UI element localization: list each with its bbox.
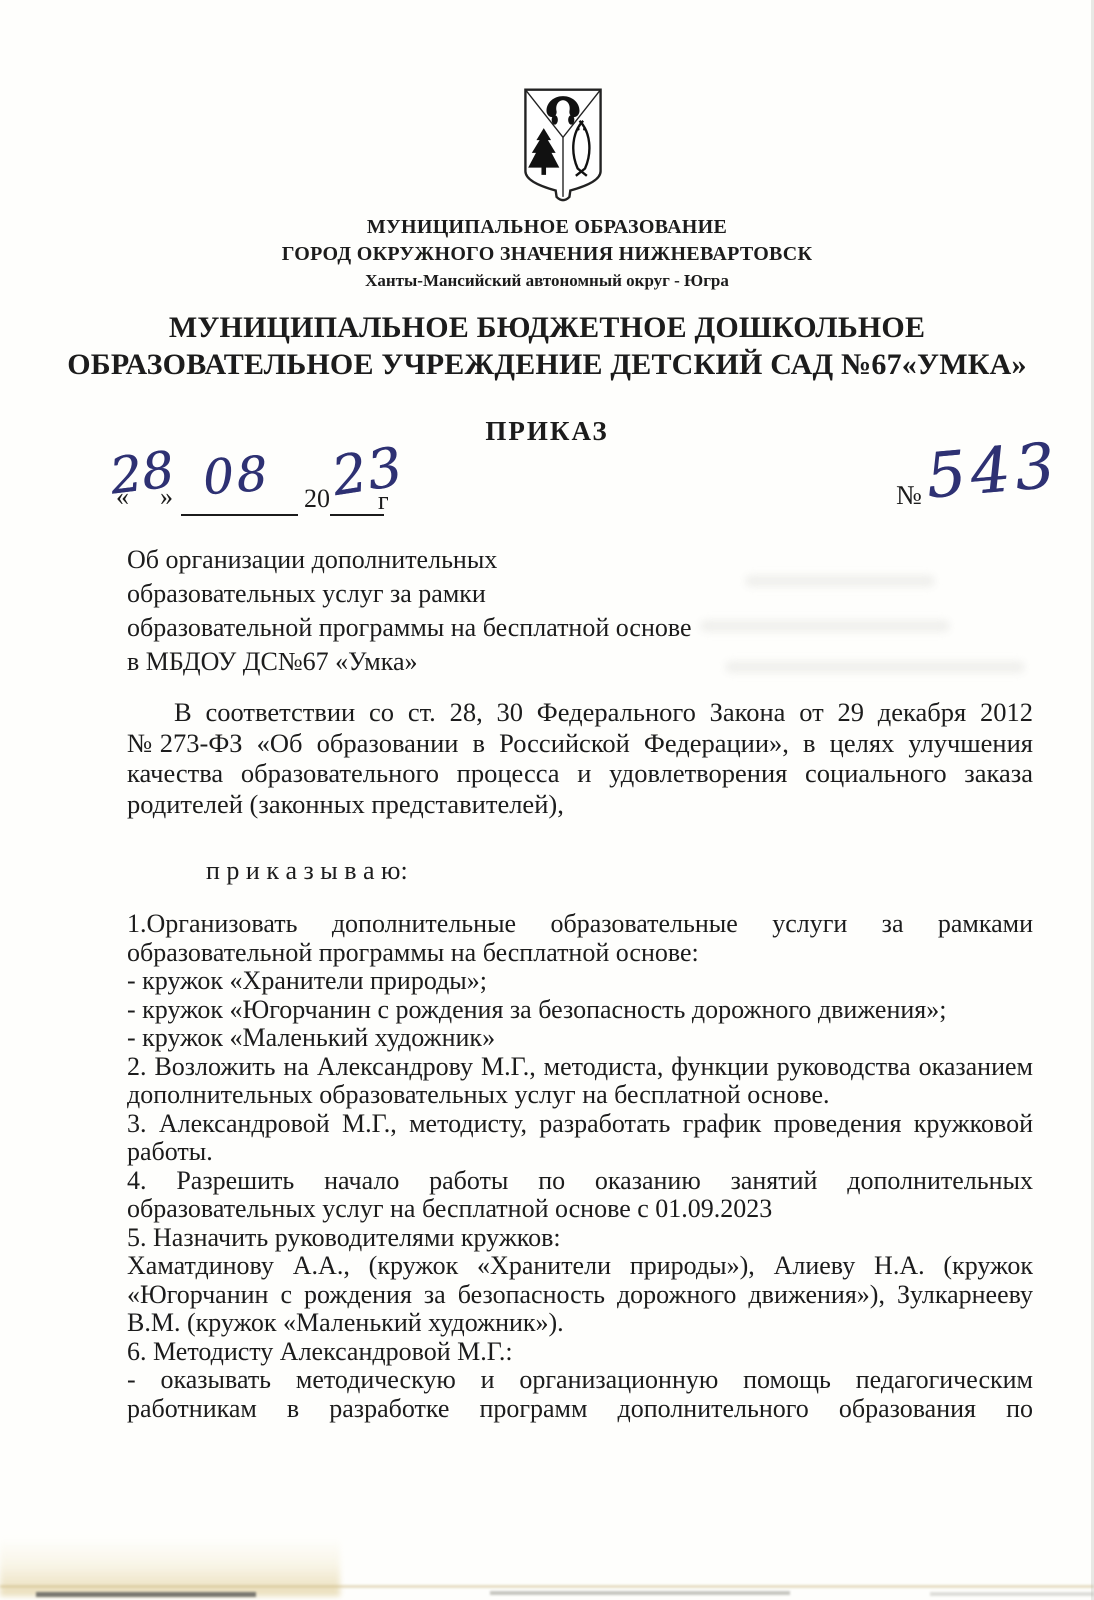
organization-name: МУНИЦИПАЛЬНОЕ БЮДЖЕТНОЕ ДОШКОЛЬНОЕ ОБРАЗ…: [0, 309, 1094, 383]
scan-edge-line: [0, 1585, 1094, 1588]
subject-line: Об организации дополнительных: [127, 543, 692, 577]
organization-name-line1: МУНИЦИПАЛЬНОЕ БЮДЖЕТНОЕ ДОШКОЛЬНОЕ: [0, 309, 1094, 346]
region-line: Ханты-Мансийский автономный округ - Югра: [0, 268, 1094, 294]
coat-of-arms-icon: [517, 86, 609, 207]
bleedthrough-smudge: [745, 575, 935, 587]
decree-word: п р и к а з ы в а ю:: [206, 856, 408, 886]
order-paragraph: 4. Разрешить начало работы по оказанию з…: [127, 1167, 1033, 1224]
date-number-row: « 28 » 08 20 23 г № 543: [0, 450, 1094, 545]
scan-shadow-segment: [490, 1591, 790, 1595]
subject-line: образовательных услуг за рамки: [127, 577, 692, 611]
handwritten-year: 23: [328, 435, 408, 508]
letterhead: МУНИЦИПАЛЬНОЕ ОБРАЗОВАНИЕ ГОРОД ОКРУЖНОГ…: [0, 214, 1094, 294]
subject-line: образовательной программы на бесплатной …: [127, 611, 692, 645]
municipality-line: МУНИЦИПАЛЬНОЕ ОБРАЗОВАНИЕ: [0, 214, 1094, 241]
scanned-order-document: МУНИЦИПАЛЬНОЕ ОБРАЗОВАНИЕ ГОРОД ОКРУЖНОГ…: [0, 0, 1094, 1600]
order-paragraph: Хаматдинову А.А., (кружок «Хранители при…: [127, 1252, 1033, 1338]
year-prefix: 20: [304, 484, 330, 514]
year-underline: [330, 514, 384, 516]
handwritten-month: 08: [201, 446, 272, 507]
order-subject: Об организации дополнительных образовате…: [127, 543, 692, 679]
close-quote: »: [160, 482, 173, 512]
organization-name-line2: ОБРАЗОВАТЕЛЬНОЕ УЧРЕЖДЕНИЕ ДЕТСКИЙ САД №…: [0, 346, 1094, 383]
order-paragraph: - кружок «Маленький художник»: [127, 1024, 1033, 1053]
year-letter: г: [378, 486, 389, 516]
order-paragraph: - оказывать методическую и организационн…: [127, 1366, 1033, 1423]
order-paragraph: 5. Назначить руководителями кружков:: [127, 1224, 1033, 1253]
order-preamble: В соответствии со ст. 28, 30 Федеральног…: [127, 697, 1033, 819]
order-body: 1.Организовать дополнительные образовате…: [127, 910, 1033, 1423]
number-sign: №: [896, 480, 922, 511]
order-paragraph: - кружок «Хранители природы»;: [127, 967, 1033, 996]
order-paragraph: - кружок «Югорчанин с рождения за безопа…: [127, 996, 1033, 1025]
order-paragraph: 6. Методисту Александровой М.Г.:: [127, 1338, 1033, 1367]
handwritten-order-number: 543: [923, 428, 1062, 512]
subject-line: в МБДОУ ДС№67 «Умка»: [127, 645, 692, 679]
order-paragraph: 1.Организовать дополнительные образовате…: [127, 910, 1033, 967]
scan-shadow-segment: [36, 1592, 256, 1597]
bleedthrough-smudge: [700, 620, 950, 632]
bleedthrough-smudge: [725, 661, 1025, 673]
month-underline: [181, 514, 298, 516]
city-line: ГОРОД ОКРУЖНОГО ЗНАЧЕНИЯ НИЖНЕВАРТОВСК: [0, 241, 1094, 268]
order-paragraph: 2. Возложить на Александрову М.Г., метод…: [127, 1053, 1033, 1110]
scan-shadow-segment: [930, 1592, 1094, 1596]
order-paragraph: 3. Александровой М.Г., методисту, разраб…: [127, 1110, 1033, 1167]
